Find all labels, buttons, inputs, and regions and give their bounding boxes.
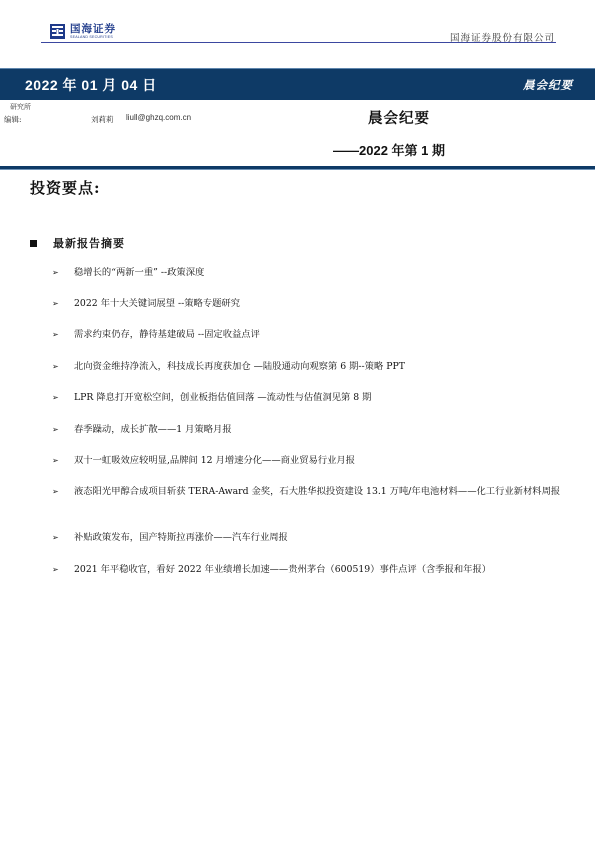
logo-english-name: SEALAND SECURITIES xyxy=(70,36,116,40)
report-title: 2021 年平稳收官，看好 2022 年业绩增长加速——贵州茅台（600519）… xyxy=(74,562,569,577)
list-item[interactable]: ➢ 需求约束仍存，静待基建破局 --固定收益点评 xyxy=(52,327,569,342)
report-date: 2022 年 01 月 04 日 xyxy=(25,75,157,95)
report-title: 稳增长的“两新一重” --政策深度 xyxy=(74,265,569,280)
report-title: 北向资金维持净流入，科技成长再度获加仓 —陆股通动向观察第 6 期--策略 PP… xyxy=(74,359,569,374)
report-title: LPR 降息打开宽松空间，创业板指估值回落 —流动性与估值洞见第 8 期 xyxy=(74,390,569,405)
editor-name: 刘莉莉 xyxy=(91,114,114,125)
list-item[interactable]: ➢ 补贴政策发布，国产特斯拉再涨价——汽车行业周报 xyxy=(52,530,569,545)
report-title: 2022 年十大关键词展望 --策略专题研究 xyxy=(74,296,569,311)
list-item[interactable]: ➢ 液态阳光甲醇合成项目斩获 TERA-Award 金奖，石大胜华拟投资建设 1… xyxy=(52,484,569,499)
editor-email-link[interactable]: liull@ghzq.com.cn xyxy=(126,113,191,122)
arrow-bullet-icon: ➢ xyxy=(52,562,74,577)
arrow-bullet-icon: ➢ xyxy=(52,530,74,545)
arrow-bullet-icon: ➢ xyxy=(52,422,74,437)
logo-mark-icon xyxy=(50,24,65,39)
section-heading: 投资要点: xyxy=(30,177,101,198)
report-type-label: 晨会纪要 xyxy=(523,77,573,93)
arrow-bullet-icon: ➢ xyxy=(52,359,74,374)
arrow-bullet-icon: ➢ xyxy=(52,327,74,342)
arrow-bullet-icon: ➢ xyxy=(52,296,74,311)
list-item[interactable]: ➢ 2021 年平稳收官，看好 2022 年业绩增长加速——贵州茅台（60051… xyxy=(52,562,569,577)
title-divider xyxy=(0,166,595,170)
list-item[interactable]: ➢ 稳增长的“两新一重” --政策深度 xyxy=(52,265,569,280)
logo-chinese-name: 国海证券 xyxy=(70,24,116,35)
report-title: 液态阳光甲醇合成项目斩获 TERA-Award 金奖，石大胜华拟投资建设 13.… xyxy=(74,484,569,499)
list-item[interactable]: ➢ 双十一虹吸效应较明显,品牌间 12 月增速分化——商业贸易行业月报 xyxy=(52,453,569,468)
header-divider xyxy=(41,42,556,43)
company-logo: 国海证券 SEALAND SECURITIES xyxy=(50,24,116,39)
list-item[interactable]: ➢ 2022 年十大关键词展望 --策略专题研究 xyxy=(52,296,569,311)
issue-number: ——2022 年第 1 期 xyxy=(333,140,445,159)
report-title: 补贴政策发布，国产特斯拉再涨价——汽车行业周报 xyxy=(74,530,569,545)
arrow-bullet-icon: ➢ xyxy=(52,390,74,405)
list-item[interactable]: ➢ 春季躁动，成长扩散——1 月策略月报 xyxy=(52,422,569,437)
report-title: 需求约束仍存，静待基建破局 --固定收益点评 xyxy=(74,327,569,342)
arrow-bullet-icon: ➢ xyxy=(52,453,74,468)
square-bullet-icon xyxy=(30,240,37,247)
page-header: 国海证券 SEALAND SECURITIES 国海证券股份有限公司 xyxy=(0,0,595,50)
list-item[interactable]: ➢ LPR 降息打开宽松空间，创业板指估值回落 —流动性与估值洞见第 8 期 xyxy=(52,390,569,405)
department-label: 研究所 xyxy=(10,102,31,112)
subsection-label: 最新报告摘要 xyxy=(53,235,125,251)
arrow-bullet-icon: ➢ xyxy=(52,484,74,499)
list-item[interactable]: ➢ 北向资金维持净流入，科技成长再度获加仓 —陆股通动向观察第 6 期--策略 … xyxy=(52,359,569,374)
arrow-bullet-icon: ➢ xyxy=(52,265,74,280)
subsection-header: 最新报告摘要 xyxy=(30,235,125,251)
editor-label: 编辑: xyxy=(4,114,22,125)
report-title: 双十一虹吸效应较明显,品牌间 12 月增速分化——商业贸易行业月报 xyxy=(74,453,569,468)
date-banner: 2022 年 01 月 04 日 晨会纪要 xyxy=(0,68,595,100)
report-title: 春季躁动，成长扩散——1 月策略月报 xyxy=(74,422,569,437)
document-title: 晨会纪要 xyxy=(368,107,430,128)
